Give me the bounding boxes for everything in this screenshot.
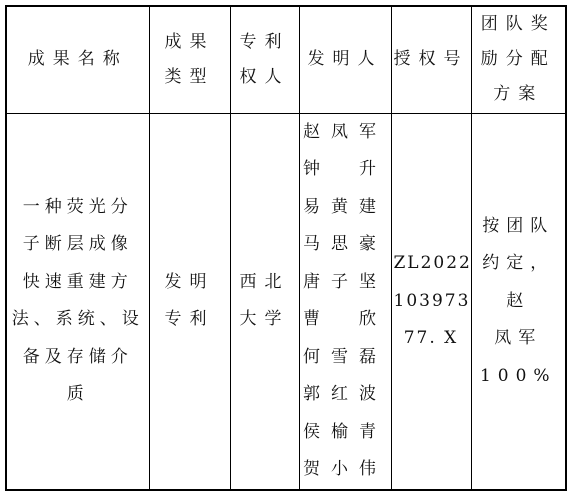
header-grant-number: 授权号	[391, 6, 471, 113]
patent-achievement-table: 成果名称 成果 类型 专利 权人 发明人 授权号 团队奖 励分配 方案 一种荧光…	[5, 5, 567, 491]
header-reward-plan: 团队奖 励分配 方案	[471, 6, 566, 113]
table-row: 一种荧光分 子断层成像 快速重建方 法、系统、设 备及存储介 质 发明 专利 西…	[6, 113, 566, 490]
header-achievement-type: 成果 类型	[149, 6, 230, 113]
cell-grant-number: ZL2022 103973 77. X	[391, 113, 471, 490]
cell-patentee: 西北 大学	[230, 113, 299, 490]
cell-reward-plan: 按团队 约定，赵 凤军 100%	[471, 113, 566, 490]
cell-achievement-name: 一种荧光分 子断层成像 快速重建方 法、系统、设 备及存储介 质	[6, 113, 149, 490]
header-achievement-name: 成果名称	[6, 6, 149, 113]
cell-achievement-type: 发明 专利	[149, 113, 230, 490]
header-patentee: 专利 权人	[230, 6, 299, 113]
document-page: 成果名称 成果 类型 专利 权人 发明人 授权号 团队奖 励分配 方案 一种荧光…	[0, 0, 568, 498]
header-row: 成果名称 成果 类型 专利 权人 发明人 授权号 团队奖 励分配 方案	[6, 6, 566, 113]
cell-inventors: 赵凤军 钟 升 易黄建 马思豪 唐子坚 曹 欣 何雪磊 郭红波 侯榆青 贺小伟	[299, 113, 391, 490]
header-inventors: 发明人	[299, 6, 391, 113]
